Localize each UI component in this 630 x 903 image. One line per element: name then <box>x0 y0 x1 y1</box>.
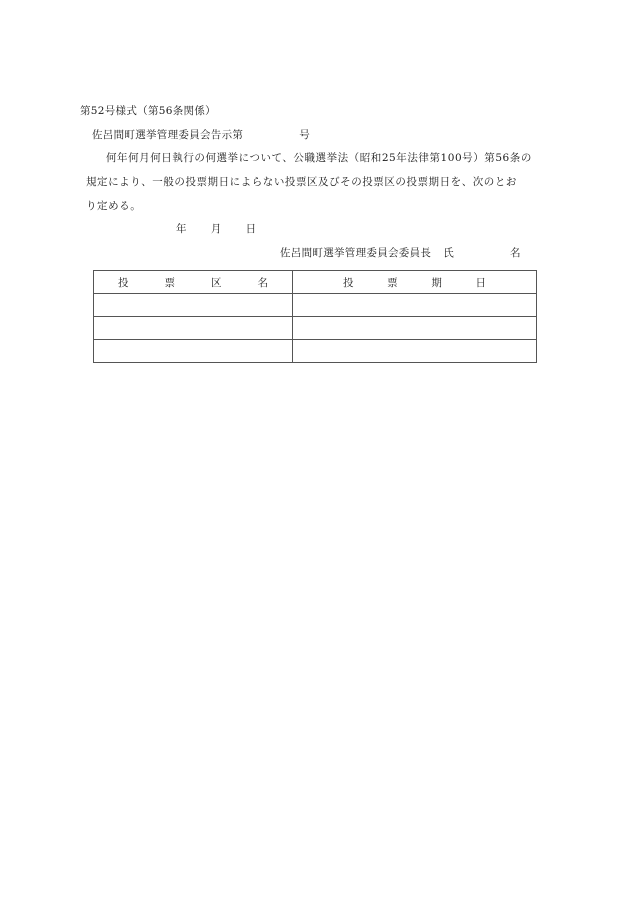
header-polling-district-name: 投 票 区 名 <box>94 271 293 294</box>
notice-title: 佐呂間町選挙管理委員会告示第号 <box>92 128 310 142</box>
notice-title-prefix: 佐呂間町選挙管理委員会告示第 <box>92 129 243 141</box>
date-line: 年月日 <box>176 222 256 236</box>
body-line-1: 何年何月何日執行の何選挙について、公職選挙法（昭和25年法律第100号）第56条… <box>86 146 542 170</box>
notice-number-suffix: 号 <box>299 129 310 141</box>
polling-date-cell <box>293 294 537 317</box>
district-name-cell <box>94 317 293 340</box>
body-line-2: 規定により、一般の投票期日によらない投票区及びその投票区の投票期日を、次のとお <box>86 170 542 194</box>
polling-date-cell <box>293 340 537 363</box>
header-polling-date: 投 票 期 日 <box>293 271 537 294</box>
polling-table: 投 票 区 名 投 票 期 日 <box>93 270 537 363</box>
signature-line: 佐呂間町選挙管理委員会委員長氏名 <box>280 246 521 260</box>
table-header-row: 投 票 区 名 投 票 期 日 <box>94 271 537 294</box>
date-year-label: 年 <box>176 223 187 235</box>
table-row <box>94 317 537 340</box>
district-name-cell <box>94 340 293 363</box>
signature-name-label-1: 氏 <box>443 247 454 259</box>
date-day-label: 日 <box>246 223 257 235</box>
signature-name-label-2: 名 <box>510 247 521 259</box>
table-row <box>94 340 537 363</box>
body-line-3: り定める。 <box>86 194 542 218</box>
date-month-label: 月 <box>211 223 222 235</box>
polling-date-cell <box>293 317 537 340</box>
district-name-cell <box>94 294 293 317</box>
body-paragraph: 何年何月何日執行の何選挙について、公職選挙法（昭和25年法律第100号）第56条… <box>86 146 542 218</box>
table-row <box>94 294 537 317</box>
signature-title: 佐呂間町選挙管理委員会委員長 <box>280 247 431 259</box>
form-header: 第52号様式（第56条関係） <box>80 104 216 118</box>
